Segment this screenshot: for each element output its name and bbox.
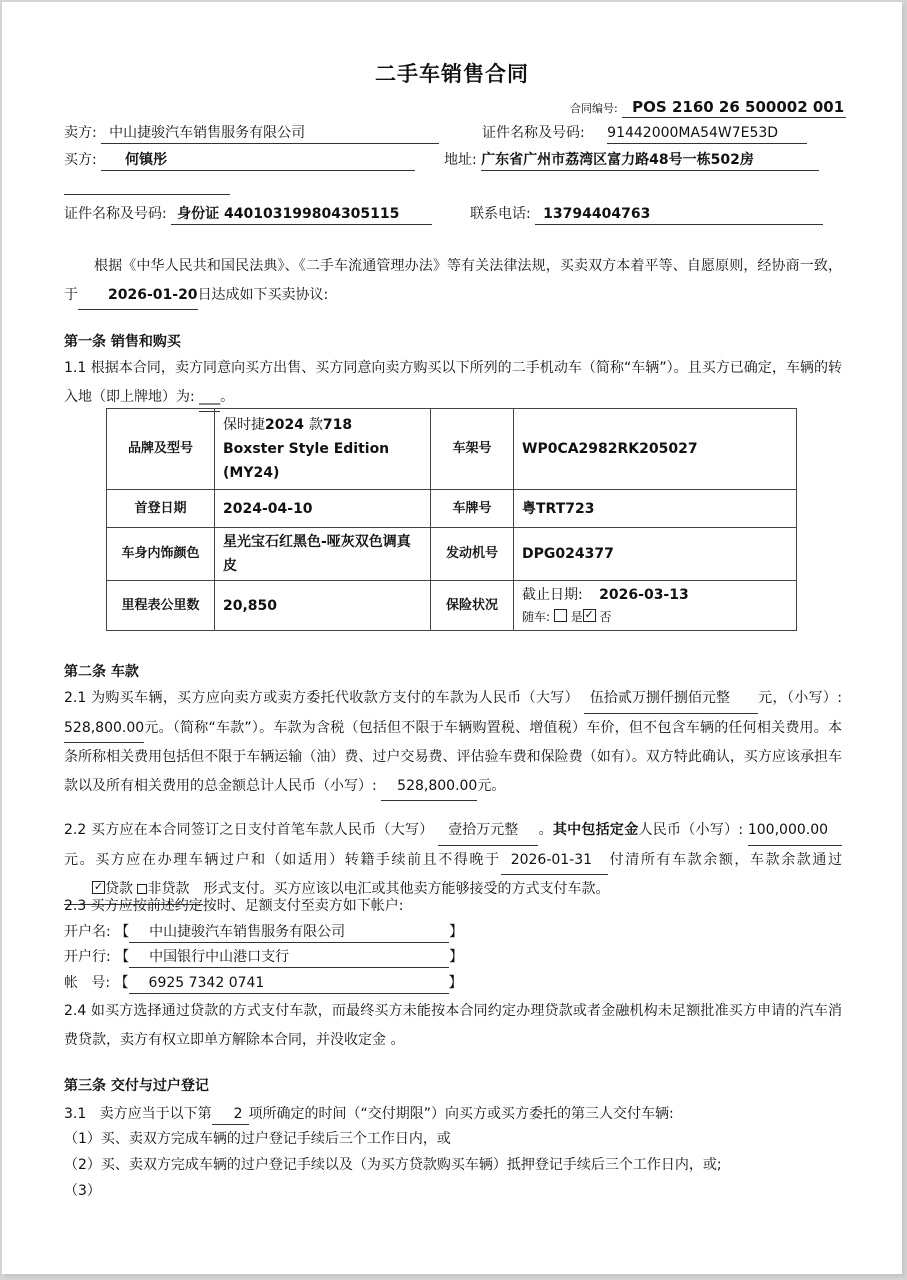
article-3-1: 3.1 卖方应当于以下第2项所确定的时间（“交付期限”）向买方或买方委托的第三人… [64,1104,674,1125]
first-payment-uppercase: 壹拾万元整 [438,816,538,846]
brand-value: 保时捷2024 款718 Boxster Style Edition (MY24… [215,409,431,490]
color-label: 车身内饰颜色 [107,528,215,581]
buyer-address-value: 广东省广州市荔湾区富力路48号一栋502房 [481,150,819,171]
loan-checkbox[interactable] [92,881,105,894]
delivery-option-2: （2）买、卖双方完成车辆的过户登记手续以及（为买方贷款购买车辆）抵押登记手续后三… [64,1155,722,1175]
price-uppercase: 伍拾贰万捌仟捌佰元整 [584,684,758,714]
buyer-id-value: 身份证 440103199804305115 [171,204,432,225]
with-car-no-checkbox[interactable] [583,609,596,622]
nonloan-checkbox[interactable] [137,884,147,894]
price-lowercase: 528,800.00 [64,714,144,744]
engine-value: DPG024377 [514,528,797,581]
mileage-label: 里程表公里数 [107,581,215,631]
seller-line: 卖方: 中山捷骏汽车销售服务有限公司 [64,123,439,144]
article-2-1: 2.1 为购买车辆，买方应向卖方或卖方委托代收款方支付的车款为人民币（大写） 伍… [64,684,842,801]
document-title: 二手车销售合同 [2,64,902,84]
article-2-2: 2.2 买方应在本合同签订之日支付首笔车款人民币（大写） 壹拾万元整。其中包括定… [64,816,842,905]
buyer-phone: 联系电话: 13794404763 [470,204,823,225]
article-2-4: 2.4 如买方选择通过贷款的方式支付车款，而最终买方未能按本合同约定办理贷款或者… [64,997,842,1054]
article-1-1: 1.1 根据本合同，卖方同意向买方出售、买方同意向卖方购买以下所列的二手机动车（… [64,354,842,412]
vin-value: WP0CA2982RK205027 [514,409,797,490]
account-number-line: 帐 号: 【6925 7342 0741】 [64,973,463,994]
preamble: 根据《中华人民共和国民法典》、《二手车流通管理办法》等有关法律法规，买卖双方本着… [64,252,842,310]
reg-date-label: 首登日期 [107,490,215,528]
account-name: 中山捷骏汽车销售服务有限公司 [129,922,449,943]
color-value: 星光宝石红黑色-哑灰双色调真皮 [215,528,431,581]
contract-number-value: POS 2160 26 500002 001 [622,97,846,118]
engine-label: 发动机号 [431,528,514,581]
contract-number: 合同编号: POS 2160 26 500002 001 [570,97,846,119]
vehicle-table: 品牌及型号 保时捷2024 款718 Boxster Style Edition… [106,408,797,631]
bank-name: 中国银行中山港口支行 [129,947,449,968]
total-amount: 528,800.00 [381,772,477,802]
account-name-line: 开户名: 【中山捷骏汽车销售服务有限公司】 [64,922,463,943]
with-car-yes-checkbox[interactable] [554,609,567,622]
seller-id-value: 91442000MA54W7E53D [607,123,807,144]
reg-date-value: 2024-04-10 [215,490,431,528]
address-continuation-line [64,174,230,195]
mileage-value: 20,850 [215,581,431,631]
seller-id: 证件名称及号码: 91442000MA54W7E53D [482,123,807,144]
payment-deadline: 2026-01-31 [501,846,608,876]
delivery-option-1: （1）买、卖双方完成车辆的过户登记手续后三个工作日内，或 [64,1129,451,1149]
article-2-3: 2.3 买方应按前述约定按时、足额支付至卖方如下帐户: [64,896,403,916]
account-number: 6925 7342 0741 [129,973,449,994]
buyer-id-line: 证件名称及号码: 身份证 440103199804305115 [64,204,432,225]
seller-name: 中山捷骏汽车销售服务有限公司 [101,123,439,144]
agreement-date: 2026-01-20 [78,281,198,311]
deposit-lowercase: 100,000.00 [748,816,842,846]
delivery-option-3: （3） [64,1181,101,1201]
insurance-label: 保险状况 [431,581,514,631]
buyer-line: 买方: 何镇彤 [64,150,415,171]
plate-label: 车牌号 [431,490,514,528]
buyer-address: 地址: 广东省广州市荔湾区富力路48号一栋502房 [444,150,819,171]
contract-page: 二手车销售合同 合同编号: POS 2160 26 500002 001 卖方:… [2,2,902,1274]
buyer-name: 何镇彤 [101,150,415,171]
vin-label: 车架号 [431,409,514,490]
bank-line: 开户行: 【中国银行中山港口支行】 [64,947,463,968]
insurance-value: 截止日期: 2026-03-13 随车: 是 否 [514,581,797,631]
article-3-heading: 第三条 交付与过户登记 [64,1076,209,1096]
brand-label: 品牌及型号 [107,409,215,490]
plate-value: 粤TRT723 [514,490,797,528]
buyer-phone-value: 13794404763 [535,204,823,225]
delivery-item-number: 2 [212,1104,249,1125]
article-1-heading: 第一条 销售和购买 [64,332,181,352]
article-2-heading: 第二条 车款 [64,662,139,682]
